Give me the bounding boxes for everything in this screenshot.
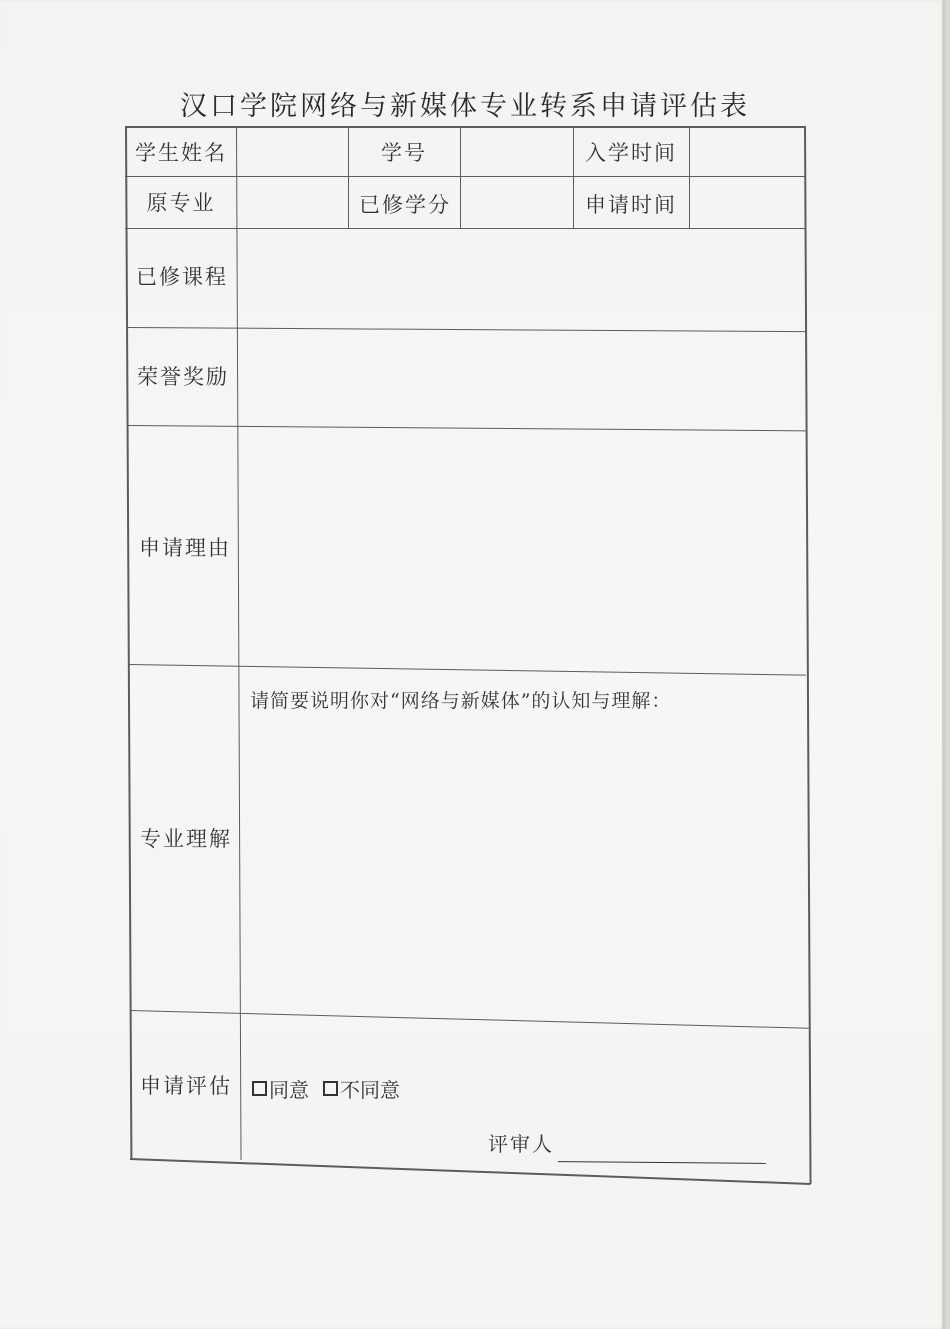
enrollment-time-label: 入学时间	[585, 137, 677, 167]
disagree-option[interactable]: 不同意	[323, 1074, 400, 1103]
student-id-field[interactable]	[462, 128, 571, 175]
agree-checkbox[interactable]	[252, 1081, 267, 1096]
application-time-field[interactable]	[691, 178, 803, 227]
major-understanding-prompt: 请简要说明你对“网络与新媒体”的认知与理解：	[250, 686, 671, 713]
disagree-label: 不同意	[340, 1074, 400, 1103]
honors-awards-label: 荣誉奖励	[137, 361, 229, 391]
application-reason-label: 申请理由	[139, 532, 231, 562]
agree-option[interactable]: 同意	[252, 1074, 309, 1103]
enrollment-time-field[interactable]	[691, 128, 803, 175]
courses-taken-field[interactable]	[239, 230, 803, 326]
student-name-field[interactable]	[238, 128, 346, 175]
table-border-right	[804, 126, 812, 1184]
application-time-label: 申请时间	[585, 189, 677, 219]
table-row-divider	[129, 664, 806, 676]
disagree-checkbox[interactable]	[323, 1081, 338, 1096]
courses-taken-label: 已修课程	[136, 261, 228, 291]
table-border-left	[125, 126, 132, 1160]
student-name-label: 学生姓名	[135, 137, 227, 167]
table-row-divider	[125, 176, 806, 177]
paper-edge	[942, 0, 946, 1329]
original-major-label: 原专业	[147, 187, 216, 217]
student-id-label: 学号	[381, 137, 427, 167]
reviewer-signature-line[interactable]	[558, 1161, 766, 1164]
table-row-divider	[130, 1010, 809, 1029]
document-title: 汉口学院网络与新媒体专业转系申请评估表	[120, 84, 810, 123]
honors-awards-field[interactable]	[239, 330, 803, 425]
major-understanding-field[interactable]	[242, 715, 804, 1005]
table-row-divider	[125, 228, 806, 229]
application-reason-field[interactable]	[240, 430, 804, 662]
evaluation-options: 同意 不同意	[252, 1074, 400, 1103]
reviewer-label: 评审人	[488, 1128, 554, 1157]
table-col-divider	[689, 126, 690, 229]
table-col-divider	[460, 126, 461, 229]
table-col-divider	[348, 126, 349, 229]
original-major-field[interactable]	[238, 178, 346, 227]
credits-earned-label: 已修学分	[359, 189, 451, 219]
agree-label: 同意	[269, 1074, 309, 1103]
paper-sheet: 汉口学院网络与新媒体专业转系申请评估表 学生姓名 学号 入学时间 原专业 已修学…	[0, 0, 946, 1329]
major-understanding-label: 专业理解	[140, 823, 232, 853]
table-col-divider	[573, 126, 574, 229]
evaluation-label: 申请评估	[140, 1070, 232, 1100]
credits-earned-field[interactable]	[462, 178, 571, 227]
